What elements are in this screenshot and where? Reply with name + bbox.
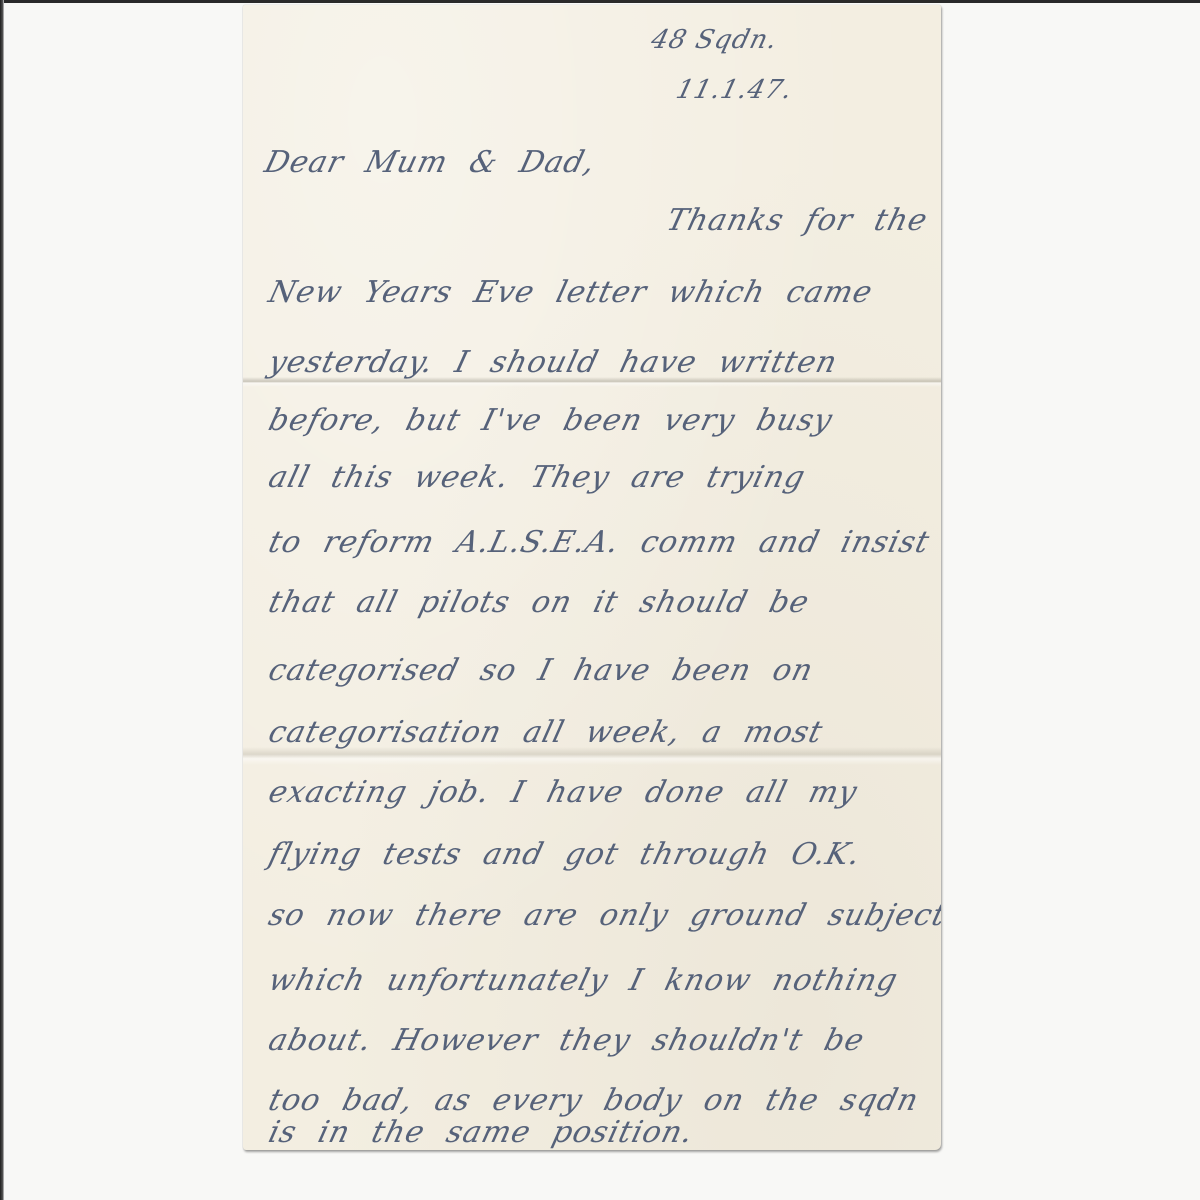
scan-edge-left — [0, 0, 4, 1200]
letter-unit-header: 48 Sqdn. — [648, 25, 781, 55]
letter-line: that all pilots on it should be — [265, 585, 813, 620]
scan-background: 48 Sqdn. 11.1.47. Dear Mum & Dad, Thanks… — [0, 0, 1200, 1200]
letter-salutation: Dear Mum & Dad, — [261, 145, 599, 180]
scan-edge-top — [0, 0, 1200, 3]
letter-line: about. However they shouldn't be — [265, 1023, 868, 1058]
letter-line: categorisation all week, a most — [265, 715, 827, 750]
letter-line: flying tests and got through O.K. — [265, 837, 865, 872]
letter-line: Thanks for the — [663, 203, 932, 238]
letter-line: to reform A.L.S.E.A. comm and insist — [265, 525, 933, 560]
letter-line: all this week. They are trying — [265, 460, 809, 495]
letter-line: categorised so I have been on — [265, 653, 817, 688]
letter-line: before, but I've been very busy — [265, 403, 836, 438]
letter-line: too bad, as every body on the sqdn — [265, 1083, 923, 1118]
letter-line: which unfortunately I know nothing — [265, 963, 902, 998]
letter-line: so now there are only ground subjects — [265, 898, 941, 933]
letter-date: 11.1.47. — [673, 75, 796, 105]
letter-line: is in the same position. — [265, 1115, 697, 1150]
letter-line: New Years Eve letter which came — [265, 275, 876, 310]
letter-line: yesterday. I should have written — [265, 345, 841, 380]
letter-paper: 48 Sqdn. 11.1.47. Dear Mum & Dad, Thanks… — [243, 5, 941, 1150]
letter-line: exacting job. I have done all my — [265, 775, 861, 810]
